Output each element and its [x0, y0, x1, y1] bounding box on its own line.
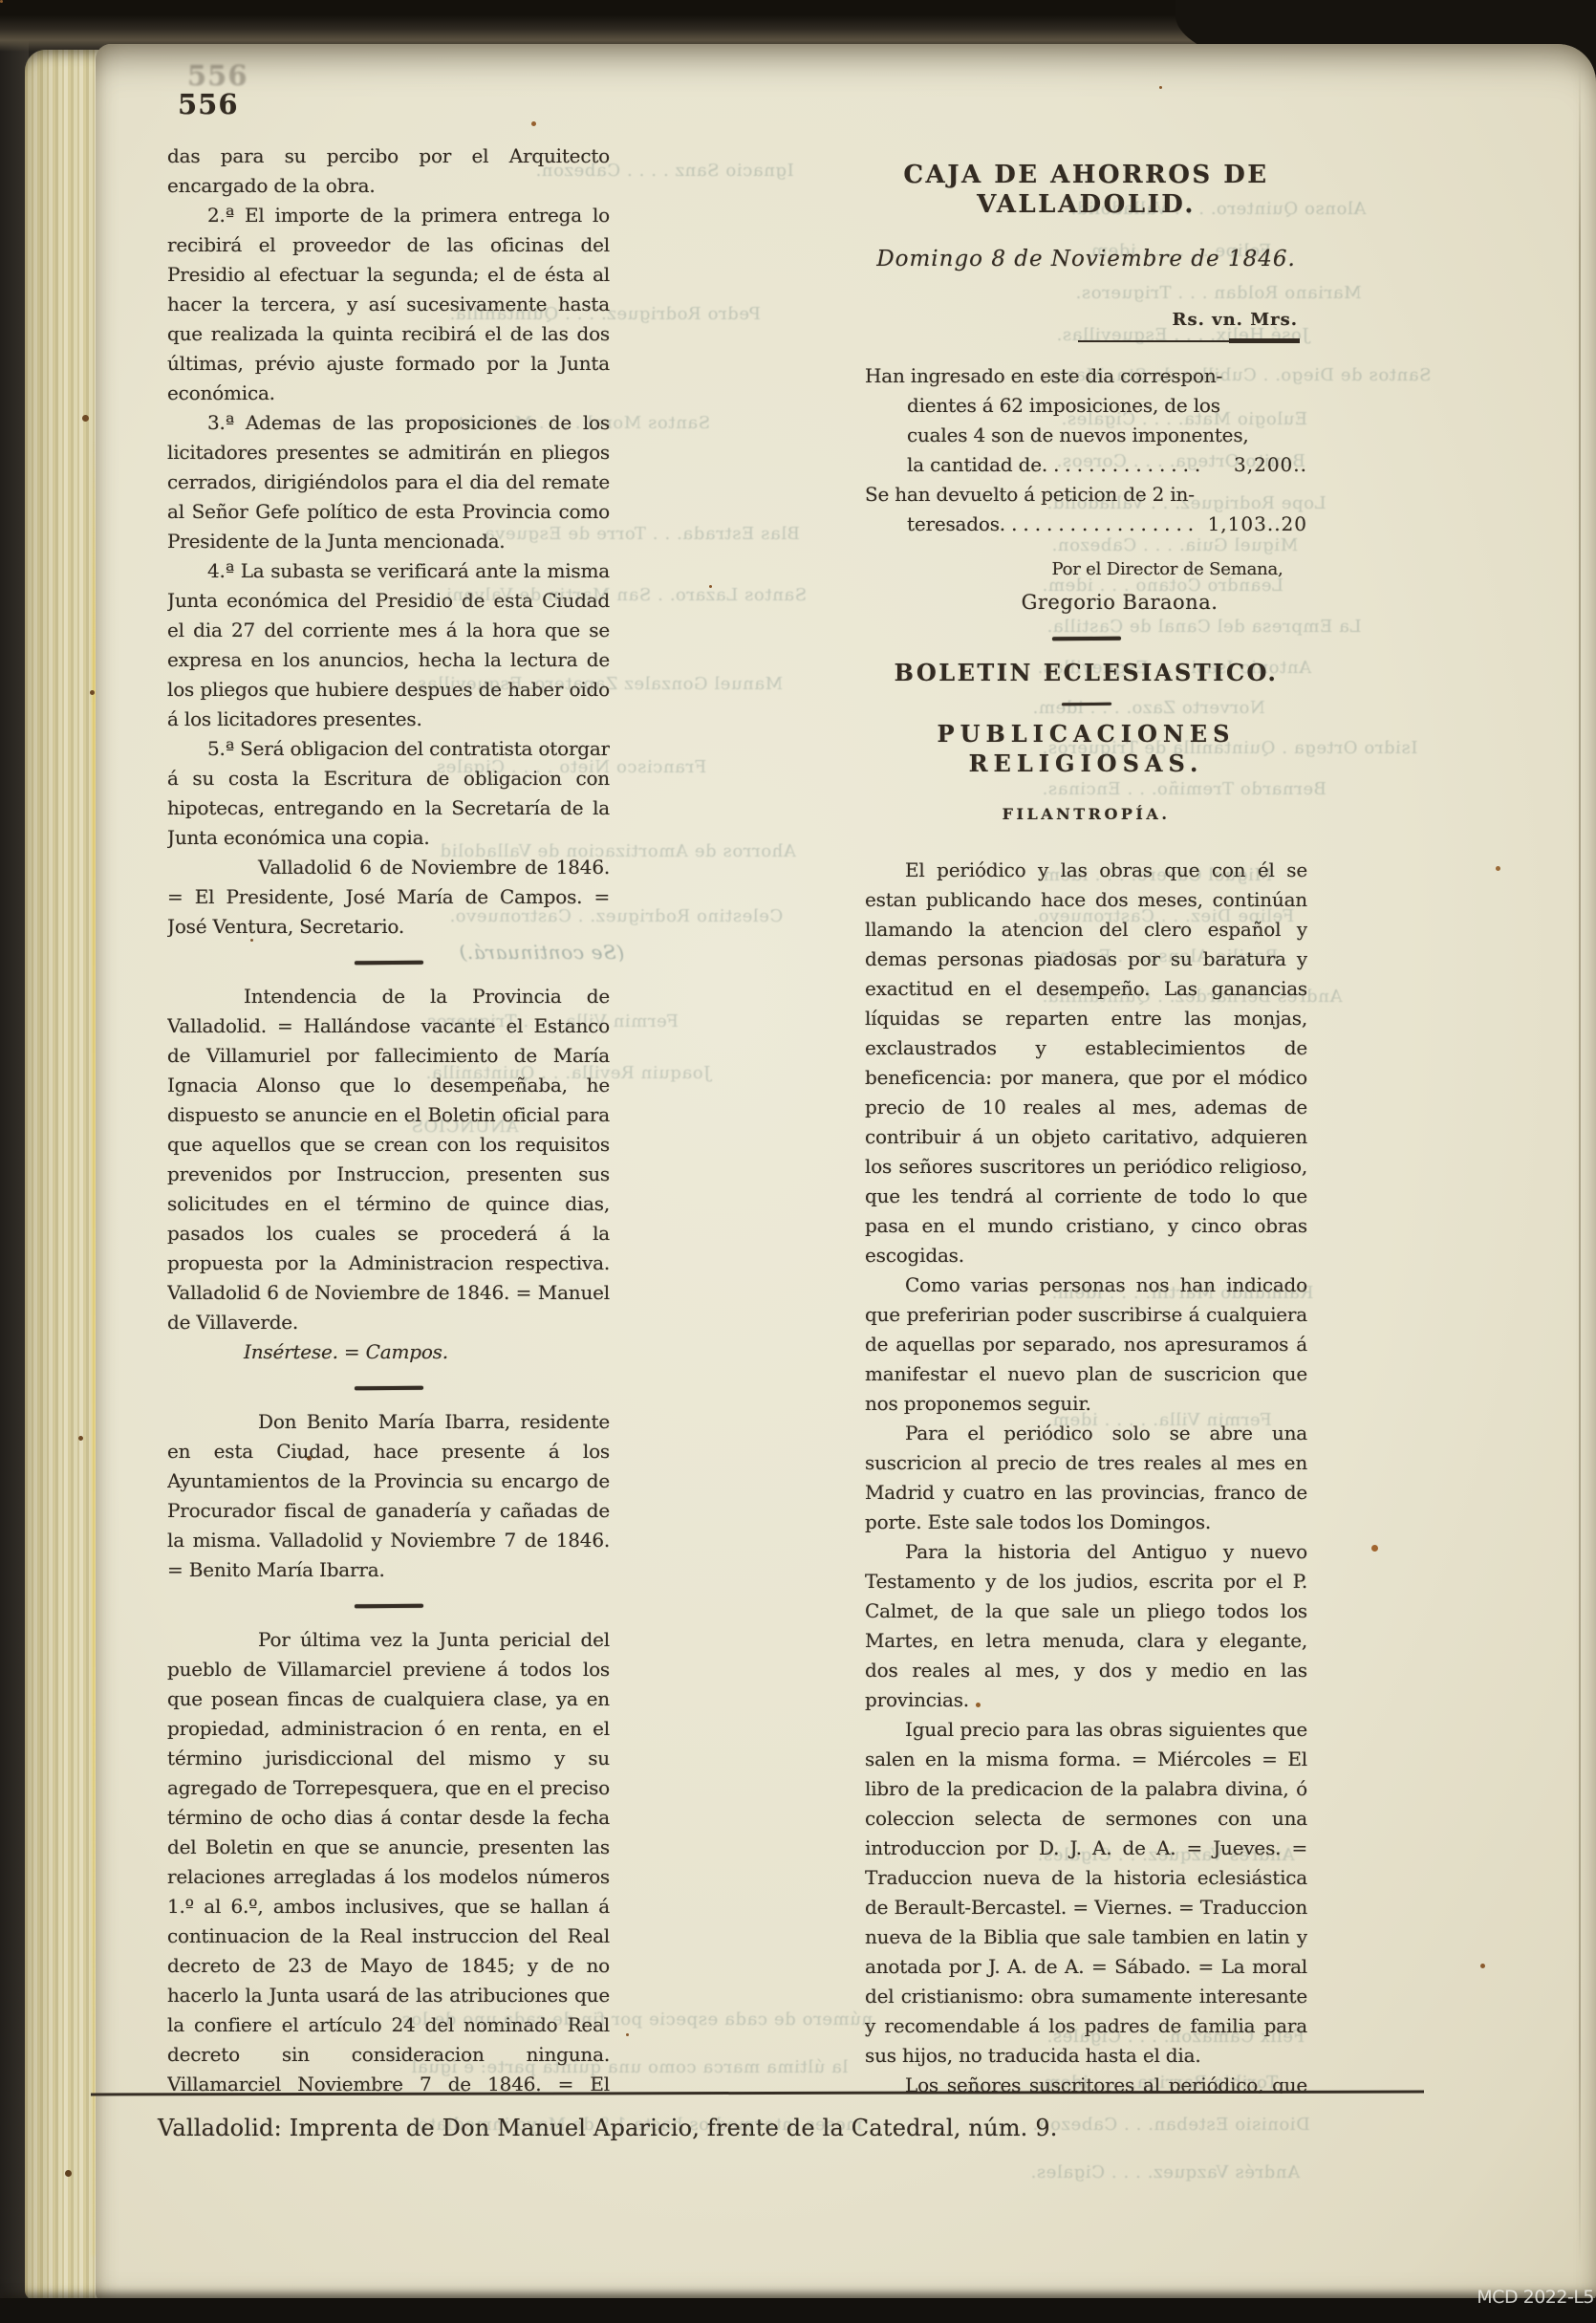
ledger-line: teresados. . . . . . . . . . . . . . . .…: [865, 510, 1307, 539]
signature-name: Gregorio Baraona.: [865, 588, 1307, 618]
body-paragraph: 2.ª El importe de la primera entrega lo …: [167, 201, 610, 408]
units-label: Rs. vn. Mrs.: [865, 305, 1307, 335]
body-paragraph: Para la historia del Antiguo y nuevo Tes…: [865, 1537, 1307, 1715]
ledger-line: la cantidad de. . . . . . . . . . . . . …: [865, 450, 1307, 480]
page-number-smudge: 556: [187, 59, 248, 92]
section-divider: [1061, 703, 1111, 706]
units-rule: [1078, 340, 1300, 342]
body-paragraph: Igual precio para las obras siguientes q…: [865, 1715, 1307, 2071]
ledger-line: Han ingresado en este dia correspon-: [865, 361, 1307, 391]
scan-bottom-edge: [0, 2298, 1596, 2323]
ledger-entry: Han ingresado en este dia correspon- die…: [865, 361, 1307, 480]
body-paragraph: Por última vez la Junta pericial del pue…: [167, 1625, 610, 2092]
caja-date-line: Domingo 8 de Noviembre de 1846.: [865, 245, 1307, 274]
printed-content: 556 556 das para su percibo por el Arqui…: [0, 0, 1596, 2323]
body-paragraph: 4.ª La subasta se verificará ante la mis…: [167, 556, 610, 734]
ledger-line: dientes á 62 imposiciones, de los: [865, 391, 1307, 421]
publicaciones-heading: PUBLICACIONES RELIGIOSAS.: [865, 719, 1307, 778]
body-paragraph: Para el periódico solo se abre una suscr…: [865, 1419, 1307, 1537]
left-column: das para su percibo por el Arquitecto en…: [167, 141, 610, 2092]
page-number: 556: [178, 88, 239, 120]
signature-byline: Por el Director de Semana,: [865, 554, 1307, 584]
body-paragraph: das para su percibo por el Arquitecto en…: [167, 141, 610, 201]
caja-title: CAJA DE AHORROS DE VALLADOLID.: [865, 161, 1307, 220]
ledger-amount: 1,103..20: [1198, 510, 1307, 539]
section-divider: [1051, 637, 1120, 641]
insertese-note: Insértese. = Campos.: [167, 1337, 610, 1367]
section-divider: [354, 961, 422, 966]
filantropia-heading: FILANTROPÍA.: [865, 799, 1307, 829]
boletin-heading: BOLETIN ECLESIASTICO.: [865, 658, 1307, 687]
section-divider: [354, 1604, 422, 1609]
ledger-line-text: la cantidad de. . . . . . . . . . . . . …: [907, 450, 1200, 480]
body-paragraph: Don Benito María Ibarra, residente en es…: [167, 1407, 610, 1585]
right-column: CAJA DE AHORROS DE VALLADOLID. Domingo 8…: [865, 161, 1307, 2094]
body-paragraph: Valladolid 6 de Noviembre de 1846. = El …: [167, 853, 610, 942]
body-paragraph: El periódico y las obras que con él se e…: [865, 856, 1307, 1270]
ledger-line: Se han devuelto á peticion de 2 in-: [865, 480, 1307, 510]
body-paragraph: 5.ª Será obligacion del contratista otor…: [167, 734, 610, 853]
body-paragraph: Como varias personas nos han indicado qu…: [865, 1270, 1307, 1419]
ledger-amount: 3,200..: [1224, 450, 1307, 480]
body-paragraph: Intendencia de la Provincia de Valladoli…: [167, 982, 610, 1337]
archive-watermark: MCD 2022-L5: [1477, 2287, 1594, 2308]
section-divider: [354, 1386, 422, 1391]
ledger-entry: Se han devuelto á peticion de 2 in- tere…: [865, 480, 1307, 539]
body-paragraph: 3.ª Ademas de las proposiciones de los l…: [167, 408, 610, 556]
imprint-line: Valladolid: Imprenta de Don Manuel Apari…: [158, 2115, 1018, 2141]
ledger: Han ingresado en este dia correspon- die…: [865, 361, 1307, 539]
ledger-line-text: teresados. . . . . . . . . . . . . . . .…: [907, 510, 1194, 539]
ledger-line: cuales 4 son de nuevos imponentes,: [865, 421, 1307, 450]
